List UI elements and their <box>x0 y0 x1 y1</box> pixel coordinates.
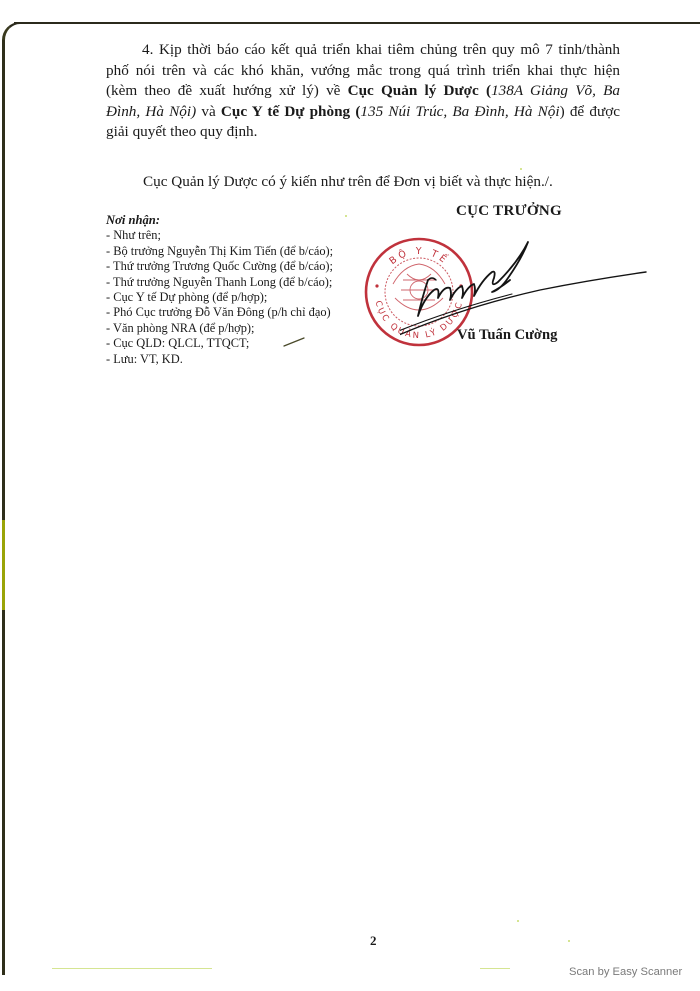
scanner-watermark: Scan by Easy Scanner <box>569 966 682 978</box>
recipient-item: - Bộ trưởng Nguyễn Thị Kim Tiến (để b/cá… <box>106 244 333 259</box>
paragraph-line: (kèm theo đề xuất hướng xử lý) về Cục Qu… <box>106 81 620 102</box>
recipient-item: - Phó Cục trưởng Đỗ Văn Đông (p/h chỉ đạ… <box>106 305 333 320</box>
scan-artifact <box>520 168 522 170</box>
recipient-item: - Lưu: VT, KD. <box>106 352 333 367</box>
recipient-item: - Thứ trưởng Trương Quốc Cường (để b/cáo… <box>106 259 333 274</box>
paragraph-line: phố nói trên và các khó khăn, vướng mắc … <box>106 61 620 82</box>
recipient-item: - Cục Y tế Dự phòng (để p/hợp); <box>106 290 333 305</box>
recipients-heading: Nơi nhận: <box>106 213 333 228</box>
paragraph-line: 4. Kịp thời báo cáo kết quả triển khai t… <box>106 40 620 61</box>
org-address-dav: 138A Giảng Võ, Ba <box>491 82 620 99</box>
signer-title: CỤC TRƯỞNG <box>456 203 562 220</box>
closing-sentence: Cục Quản lý Dược có ý kiến như trên để Đ… <box>143 173 553 191</box>
page-edge-left <box>2 40 5 975</box>
page-edge-corner <box>2 22 27 46</box>
paragraph-line: giải quyết theo quy định. <box>106 122 620 143</box>
signer-name: Vũ Tuấn Cường <box>457 327 557 344</box>
org-name-dav: Cục Quản lý Dược <box>348 82 479 99</box>
scan-artifact <box>480 968 510 969</box>
paragraph-4: 4. Kịp thời báo cáo kết quả triển khai t… <box>106 40 620 143</box>
scan-artifact <box>2 520 5 610</box>
org-address-gdpm: 135 Núi Trúc, Ba Đình, Hà Nội <box>360 103 559 120</box>
recipient-item: - Văn phòng NRA (để p/hợp); <box>106 321 333 336</box>
recipient-item: - Như trên; <box>106 228 333 243</box>
org-name-gdpm: Cục Y tế Dự phòng <box>221 103 350 120</box>
handwritten-check-icon <box>283 337 305 347</box>
recipient-item: - Thứ trưởng Nguyễn Thanh Long (để b/cáo… <box>106 275 333 290</box>
page-number: 2 <box>370 933 377 949</box>
scan-artifact <box>568 940 570 942</box>
page-edge-top <box>14 22 700 24</box>
scan-artifact <box>345 215 347 217</box>
handwritten-signature <box>400 228 650 338</box>
paragraph-line: Đình, Hà Nội) và Cục Y tế Dự phòng (135 … <box>106 102 620 123</box>
scan-artifact <box>517 920 519 922</box>
scan-artifact <box>52 968 212 969</box>
